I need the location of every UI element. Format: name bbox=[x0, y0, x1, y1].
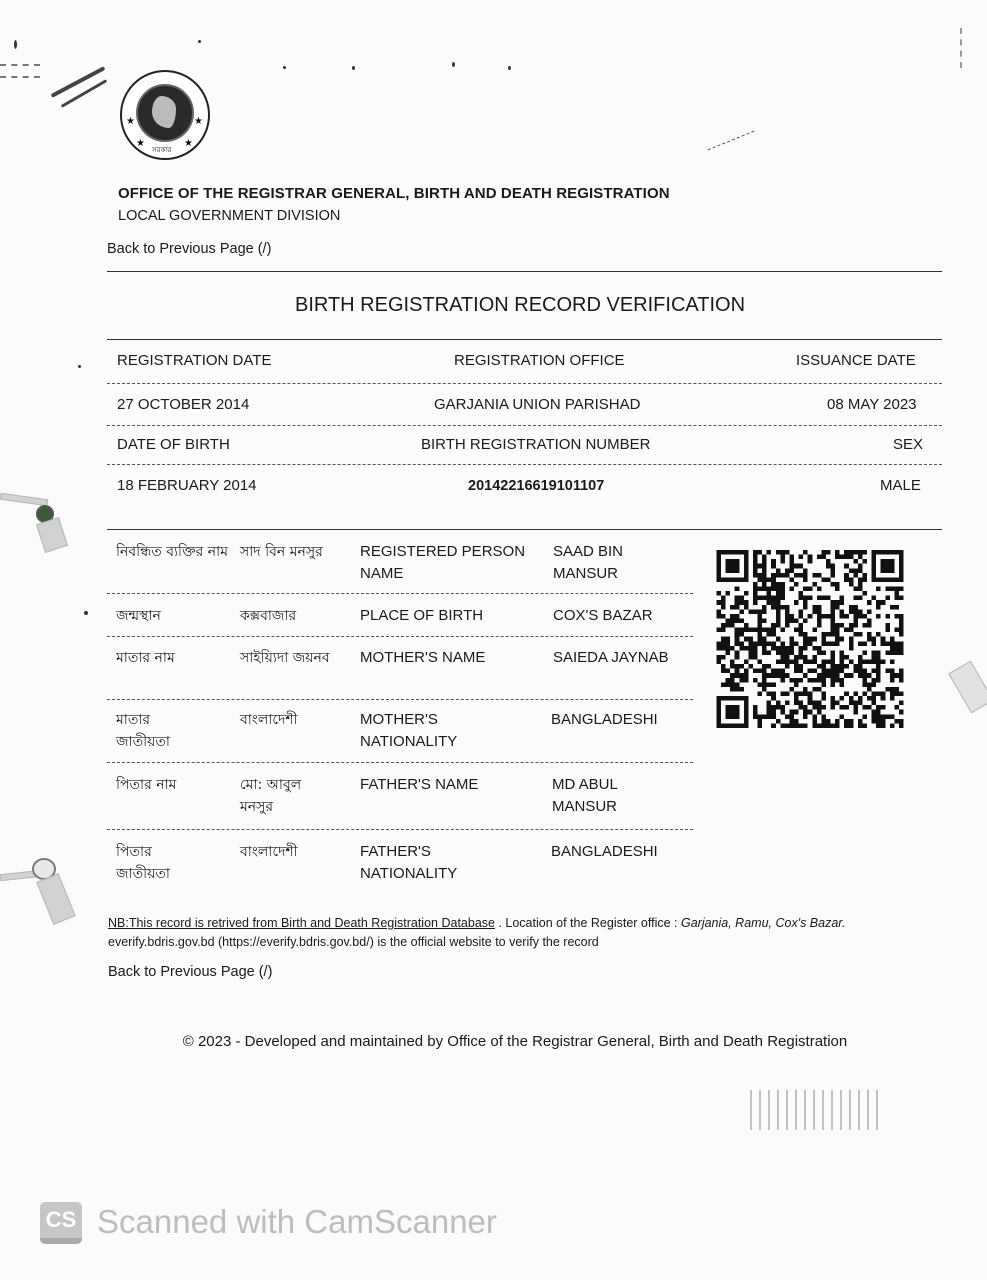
bn-value: সাদ বিন মনসুর bbox=[240, 541, 350, 563]
en-value: SAIEDA JAYNAB bbox=[553, 647, 693, 669]
bn-label: মাতার নাম bbox=[116, 647, 234, 669]
en-label: REGISTERED PERSON NAME bbox=[360, 541, 545, 585]
sex-label: SEX bbox=[893, 436, 923, 453]
scan-speck bbox=[352, 66, 355, 70]
star-icon: ★ bbox=[136, 138, 145, 149]
bangladesh-government-seal-icon bbox=[136, 84, 194, 142]
registration-office-value: GARJANIA UNION PARISHAD bbox=[434, 396, 640, 413]
qr-code-icon bbox=[716, 550, 904, 728]
registration-date-label: REGISTRATION DATE bbox=[117, 352, 271, 369]
scan-artifact bbox=[0, 64, 40, 78]
scan-noise bbox=[750, 1090, 880, 1130]
location-prefix: . Location of the Register office : bbox=[495, 916, 681, 930]
divider bbox=[107, 383, 942, 384]
birth-registration-number-label: BIRTH REGISTRATION NUMBER bbox=[421, 436, 650, 453]
divider bbox=[107, 636, 693, 637]
verification-website-note: everify.bdris.gov.bd (https://everify.bd… bbox=[108, 935, 599, 949]
binder-clip bbox=[36, 873, 75, 925]
en-value: SAAD BIN MANSUR bbox=[553, 541, 663, 585]
sex-value: MALE bbox=[880, 477, 921, 494]
divider bbox=[107, 425, 942, 426]
scan-speck bbox=[508, 66, 511, 70]
binder-clip bbox=[948, 661, 987, 714]
page-title: BIRTH REGISTRATION RECORD VERIFICATION bbox=[0, 294, 987, 317]
star-icon: ★ bbox=[194, 116, 203, 127]
office-title: OFFICE OF THE REGISTRAR GENERAL, BIRTH A… bbox=[118, 185, 670, 202]
en-label: MOTHER'S NAME bbox=[360, 647, 545, 669]
camscanner-watermark: Scanned with CamScanner bbox=[97, 1203, 497, 1241]
en-value: COX'S BAZAR bbox=[553, 605, 693, 627]
scan-speck bbox=[198, 40, 201, 43]
division-subtitle: LOCAL GOVERNMENT DIVISION bbox=[118, 208, 340, 224]
en-label: FATHER'S NATIONALITY bbox=[360, 841, 480, 885]
divider bbox=[107, 593, 693, 594]
bn-label: নিবন্ধিত ব্যক্তির নাম bbox=[116, 541, 234, 563]
binder-clip bbox=[36, 517, 68, 553]
registration-date-value: 27 OCTOBER 2014 bbox=[117, 396, 249, 413]
back-to-previous-page-link-bottom[interactable]: Back to Previous Page (/) bbox=[108, 964, 272, 980]
bn-label: মাতার জাতীয়তা bbox=[116, 709, 196, 753]
bn-value: কক্সবাজার bbox=[240, 605, 350, 627]
government-seal: ★ ★ ★ ★ সরকার bbox=[120, 70, 210, 160]
back-to-previous-page-link[interactable]: Back to Previous Page (/) bbox=[107, 241, 271, 257]
date-of-birth-label: DATE OF BIRTH bbox=[117, 436, 230, 453]
scan-artifact bbox=[960, 28, 964, 68]
bn-value: বাংলাদেশী bbox=[240, 709, 350, 731]
divider bbox=[107, 464, 942, 465]
en-value: MD ABUL MANSUR bbox=[552, 774, 642, 818]
scan-speck bbox=[452, 62, 455, 67]
scan-scratch bbox=[51, 66, 106, 98]
binder-clip bbox=[0, 493, 48, 507]
divider bbox=[107, 271, 942, 272]
bn-value: বাংলাদেশী bbox=[240, 841, 350, 863]
camscanner-logo-icon: CS bbox=[40, 1202, 82, 1244]
bn-value: সাইয়্যিদা জয়নব bbox=[240, 647, 330, 669]
database-note-underlined: NB:This record is retrived from Birth an… bbox=[108, 916, 495, 930]
divider bbox=[107, 762, 693, 763]
issuance-date-value: 08 MAY 2023 bbox=[827, 396, 917, 413]
en-label: PLACE OF BIRTH bbox=[360, 605, 545, 627]
en-label: FATHER'S NAME bbox=[360, 774, 545, 796]
divider bbox=[107, 829, 693, 830]
divider bbox=[107, 339, 942, 340]
map-of-bangladesh-icon bbox=[152, 96, 176, 128]
bn-label: জন্মস্থান bbox=[116, 605, 234, 627]
scan-speck bbox=[14, 40, 17, 49]
en-label: MOTHER'S NATIONALITY bbox=[360, 709, 480, 753]
divider bbox=[107, 529, 942, 530]
en-value: BANGLADESHI bbox=[551, 709, 691, 731]
date-of-birth-value: 18 FEBRUARY 2014 bbox=[117, 477, 257, 494]
en-value: BANGLADESHI bbox=[551, 841, 691, 863]
birth-registration-number-value: 20142216619101107 bbox=[468, 478, 604, 494]
bn-label: পিতার নাম bbox=[116, 774, 234, 796]
scan-speck bbox=[78, 365, 81, 368]
footer-copyright: © 2023 - Developed and maintained by Off… bbox=[0, 1033, 987, 1050]
registration-office-label: REGISTRATION OFFICE bbox=[454, 352, 625, 369]
divider bbox=[107, 699, 693, 700]
issuance-date-label: ISSUANCE DATE bbox=[796, 352, 916, 369]
scan-speck bbox=[84, 611, 88, 615]
bn-value: মো: আবুল মনসুর bbox=[240, 774, 330, 818]
bn-label: পিতার জাতীয়তা bbox=[116, 841, 196, 885]
scan-scratch bbox=[61, 79, 108, 108]
star-icon: ★ bbox=[126, 116, 135, 127]
scan-artifact bbox=[708, 131, 755, 151]
database-note: NB:This record is retrived from Birth an… bbox=[108, 916, 845, 930]
seal-text-bottom: সরকার bbox=[152, 144, 171, 156]
star-icon: ★ bbox=[184, 138, 193, 149]
scan-speck bbox=[283, 66, 286, 69]
register-office-location: Garjania, Ramu, Cox's Bazar. bbox=[681, 916, 845, 930]
